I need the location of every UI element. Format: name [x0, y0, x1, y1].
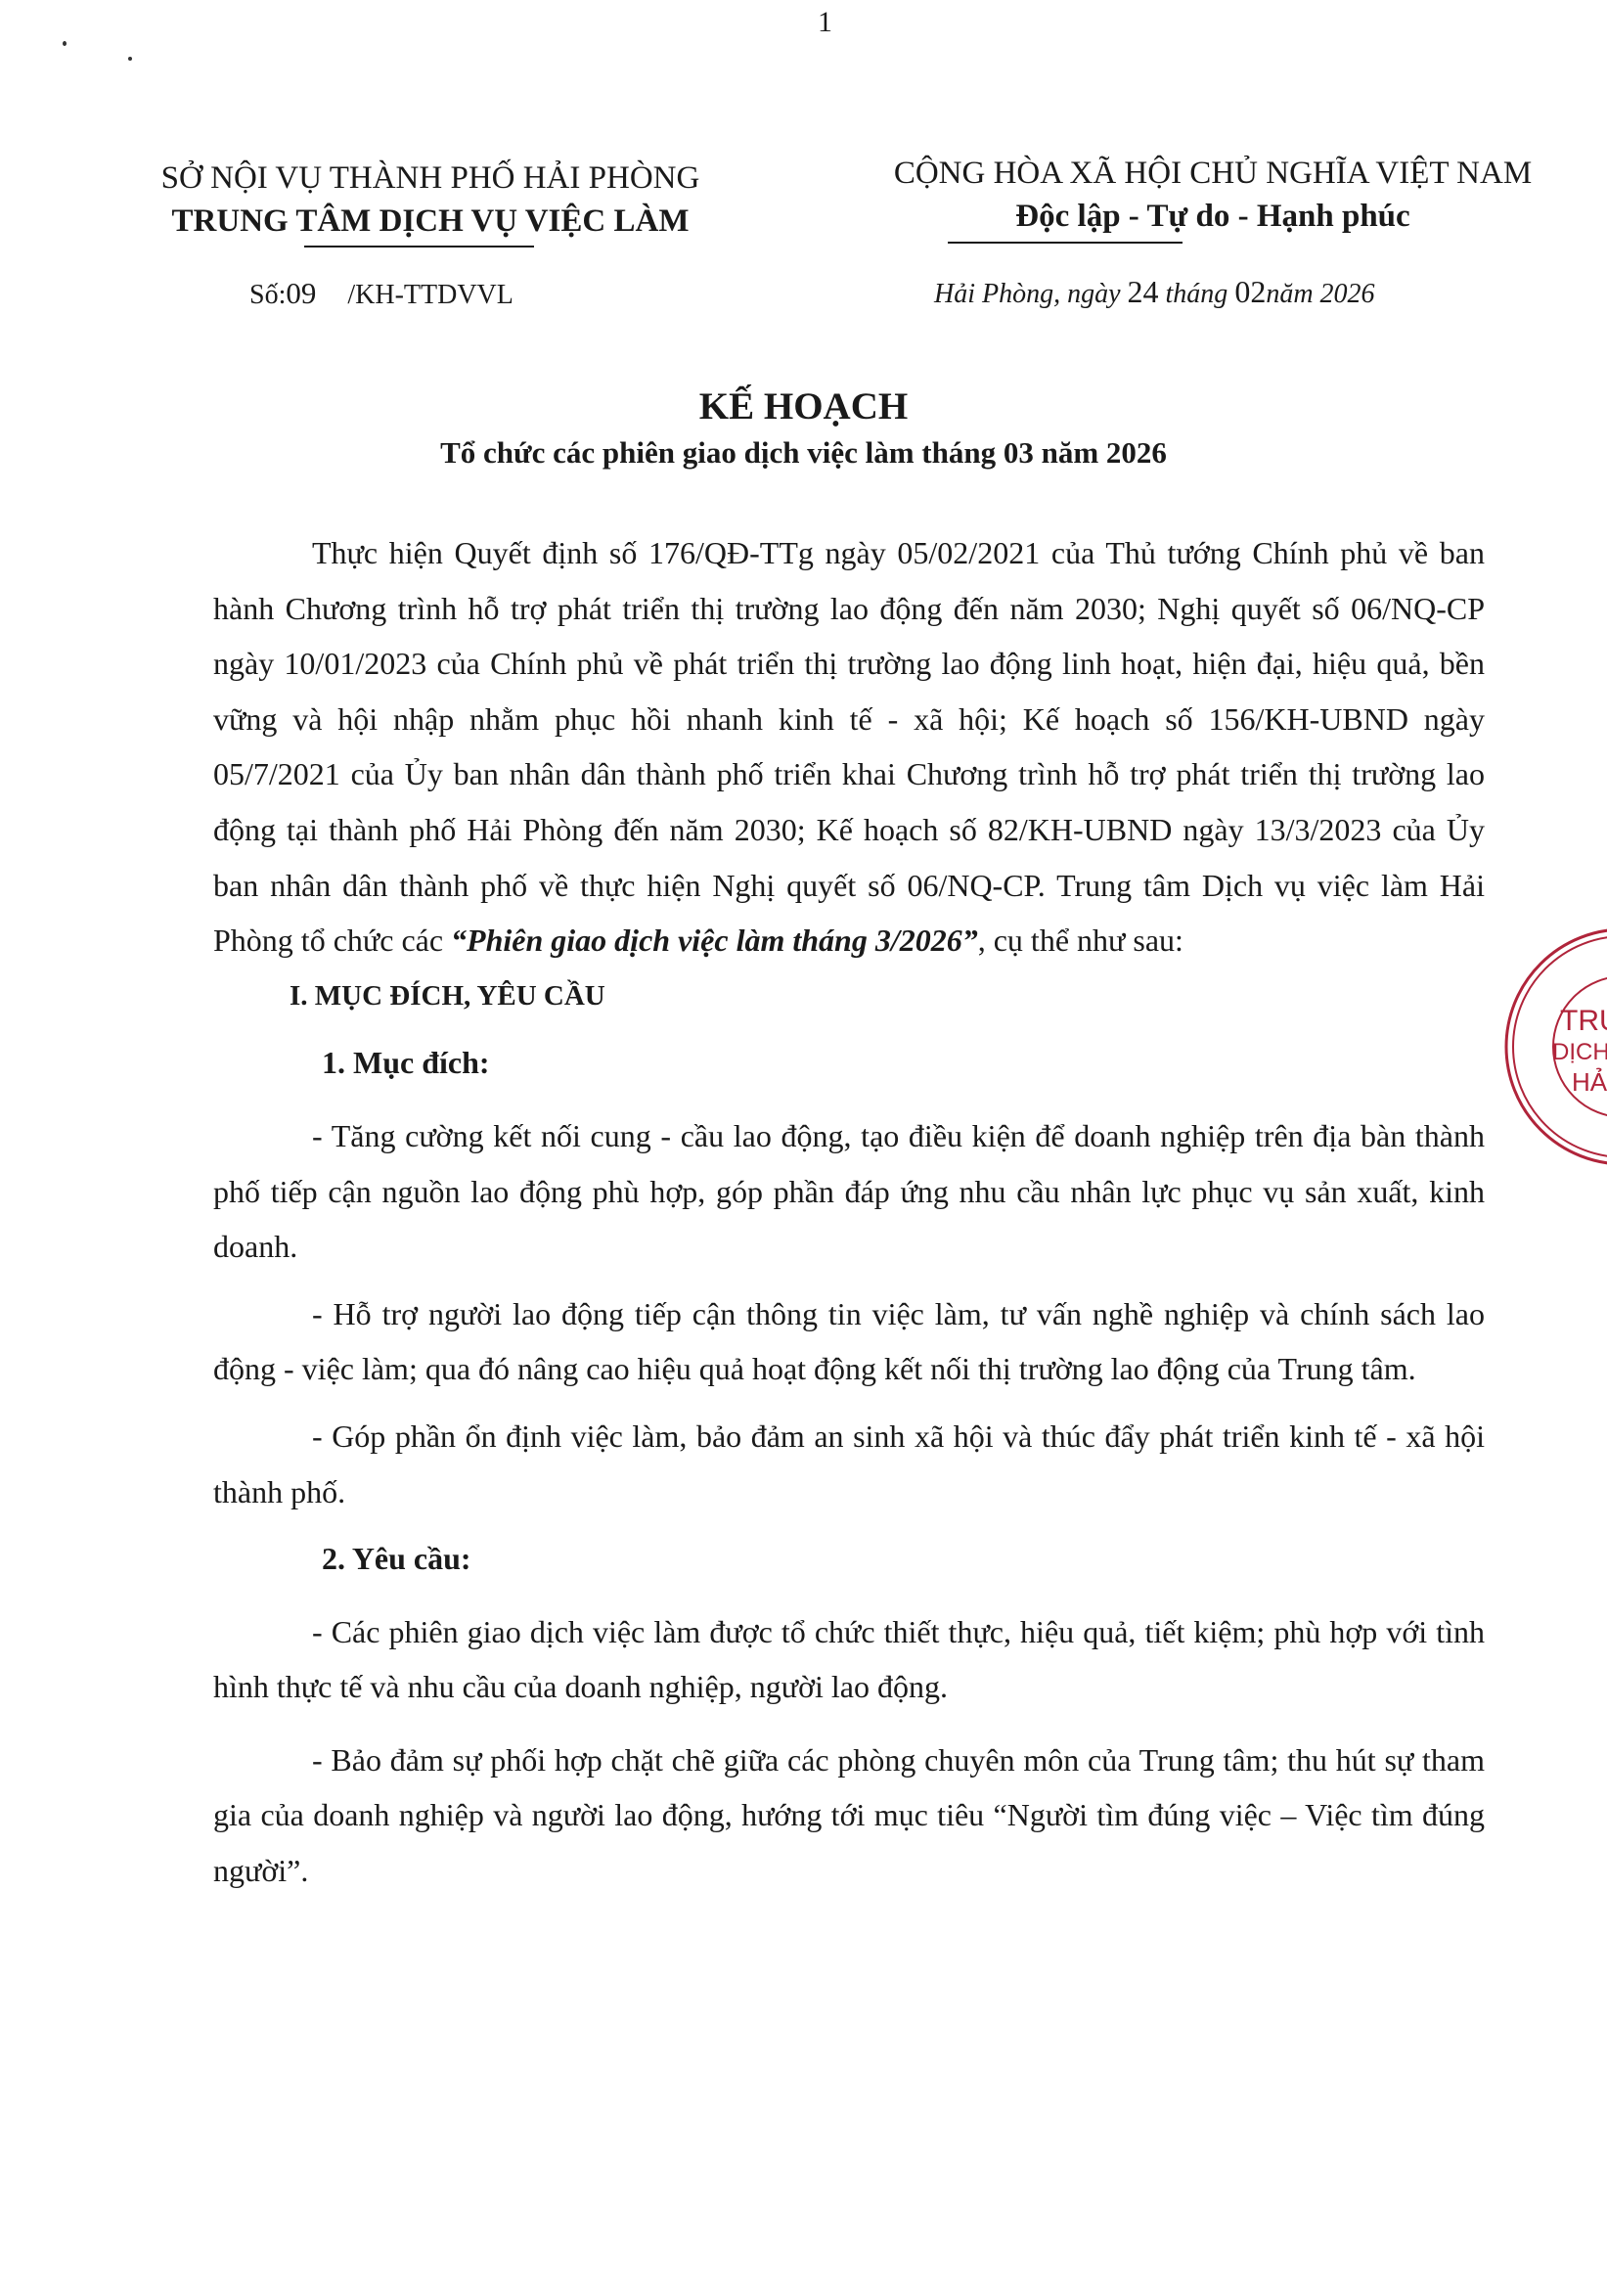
parent-agency: SỞ NỘI VỤ THÀNH PHỐ HẢI PHÒNG	[137, 157, 724, 200]
purpose-item: - Tăng cường kết nối cung - cầu lao động…	[213, 1108, 1485, 1275]
national-motto-block: CỘNG HÒA XÃ HỘI CHỦ NGHĨA VIỆT NAM Độc l…	[851, 152, 1575, 238]
doc-number-prefix: Số:	[249, 280, 286, 310]
date-place: Hải Phòng, ngày	[934, 279, 1121, 309]
purpose-item: - Hỗ trợ người lao động tiếp cận thông t…	[213, 1286, 1485, 1397]
intro-paragraph: Thực hiện Quyết định số 176/QĐ-TTg ngày …	[213, 525, 1485, 968]
doc-number-value: 09	[286, 276, 316, 310]
date-year: năm 2026	[1266, 279, 1374, 309]
intro-emphasis: “Phiên giao dịch việc làm tháng 3/2026”	[451, 923, 978, 958]
doc-number-suffix: /KH-TTDVVL	[347, 280, 513, 310]
issue-date: Hải Phòng, ngày 24 tháng 02năm 2026	[934, 274, 1375, 310]
document-body: Thực hiện Quyết định số 176/QĐ-TTg ngày …	[213, 525, 1485, 1899]
seal-inner-line: HẢI	[1572, 1067, 1607, 1097]
intro-text: Thực hiện Quyết định số 176/QĐ-TTg ngày …	[213, 535, 1485, 958]
requirement-item: - Các phiên giao dịch việc làm được tổ c…	[213, 1604, 1485, 1715]
issuing-agency-block: SỞ NỘI VỤ THÀNH PHỐ HẢI PHÒNG TRUNG TÂM …	[137, 157, 724, 243]
document-number: Số:09/KH-TTDVVL	[249, 276, 513, 311]
document-title: KẾ HOẠCH	[0, 384, 1607, 428]
scan-speck	[128, 57, 132, 61]
document-subtitle: Tổ chức các phiên giao dịch việc làm thá…	[0, 435, 1607, 471]
requirement-item: - Bảo đảm sự phối hợp chặt chẽ giữa các …	[213, 1733, 1485, 1899]
seal-inner-line: DỊCH VỤ	[1552, 1039, 1607, 1065]
seal-inner-line: TRUN	[1560, 1005, 1607, 1037]
page-number: 1	[818, 6, 832, 39]
scan-speck	[63, 41, 67, 46]
subsection-heading-purpose: 1. Mục đích:	[213, 1035, 1485, 1091]
intro-tail: , cụ thể như sau:	[978, 923, 1183, 958]
motto-underline	[948, 242, 1183, 244]
section-heading-1: I. MỤC ĐÍCH, YÊU CẦU	[213, 968, 1485, 1024]
official-seal-stamp: SỞ NỘI VỤ THÀNH TRUN DỊCH VỤ HẢI	[1501, 924, 1607, 1169]
purpose-item: - Góp phần ổn định việc làm, bảo đảm an …	[213, 1409, 1485, 1519]
agency-underline	[304, 246, 534, 248]
date-day: 24	[1128, 274, 1159, 309]
date-month: 02	[1234, 274, 1266, 309]
country-name: CỘNG HÒA XÃ HỘI CHỦ NGHĨA VIỆT NAM	[851, 152, 1575, 195]
date-month-label: tháng	[1166, 279, 1228, 309]
national-motto: Độc lập - Tự do - Hạnh phúc	[851, 195, 1575, 238]
subsection-heading-requirements: 2. Yêu cầu:	[213, 1531, 1485, 1587]
issuing-agency: TRUNG TÂM DỊCH VỤ VIỆC LÀM	[137, 200, 724, 243]
